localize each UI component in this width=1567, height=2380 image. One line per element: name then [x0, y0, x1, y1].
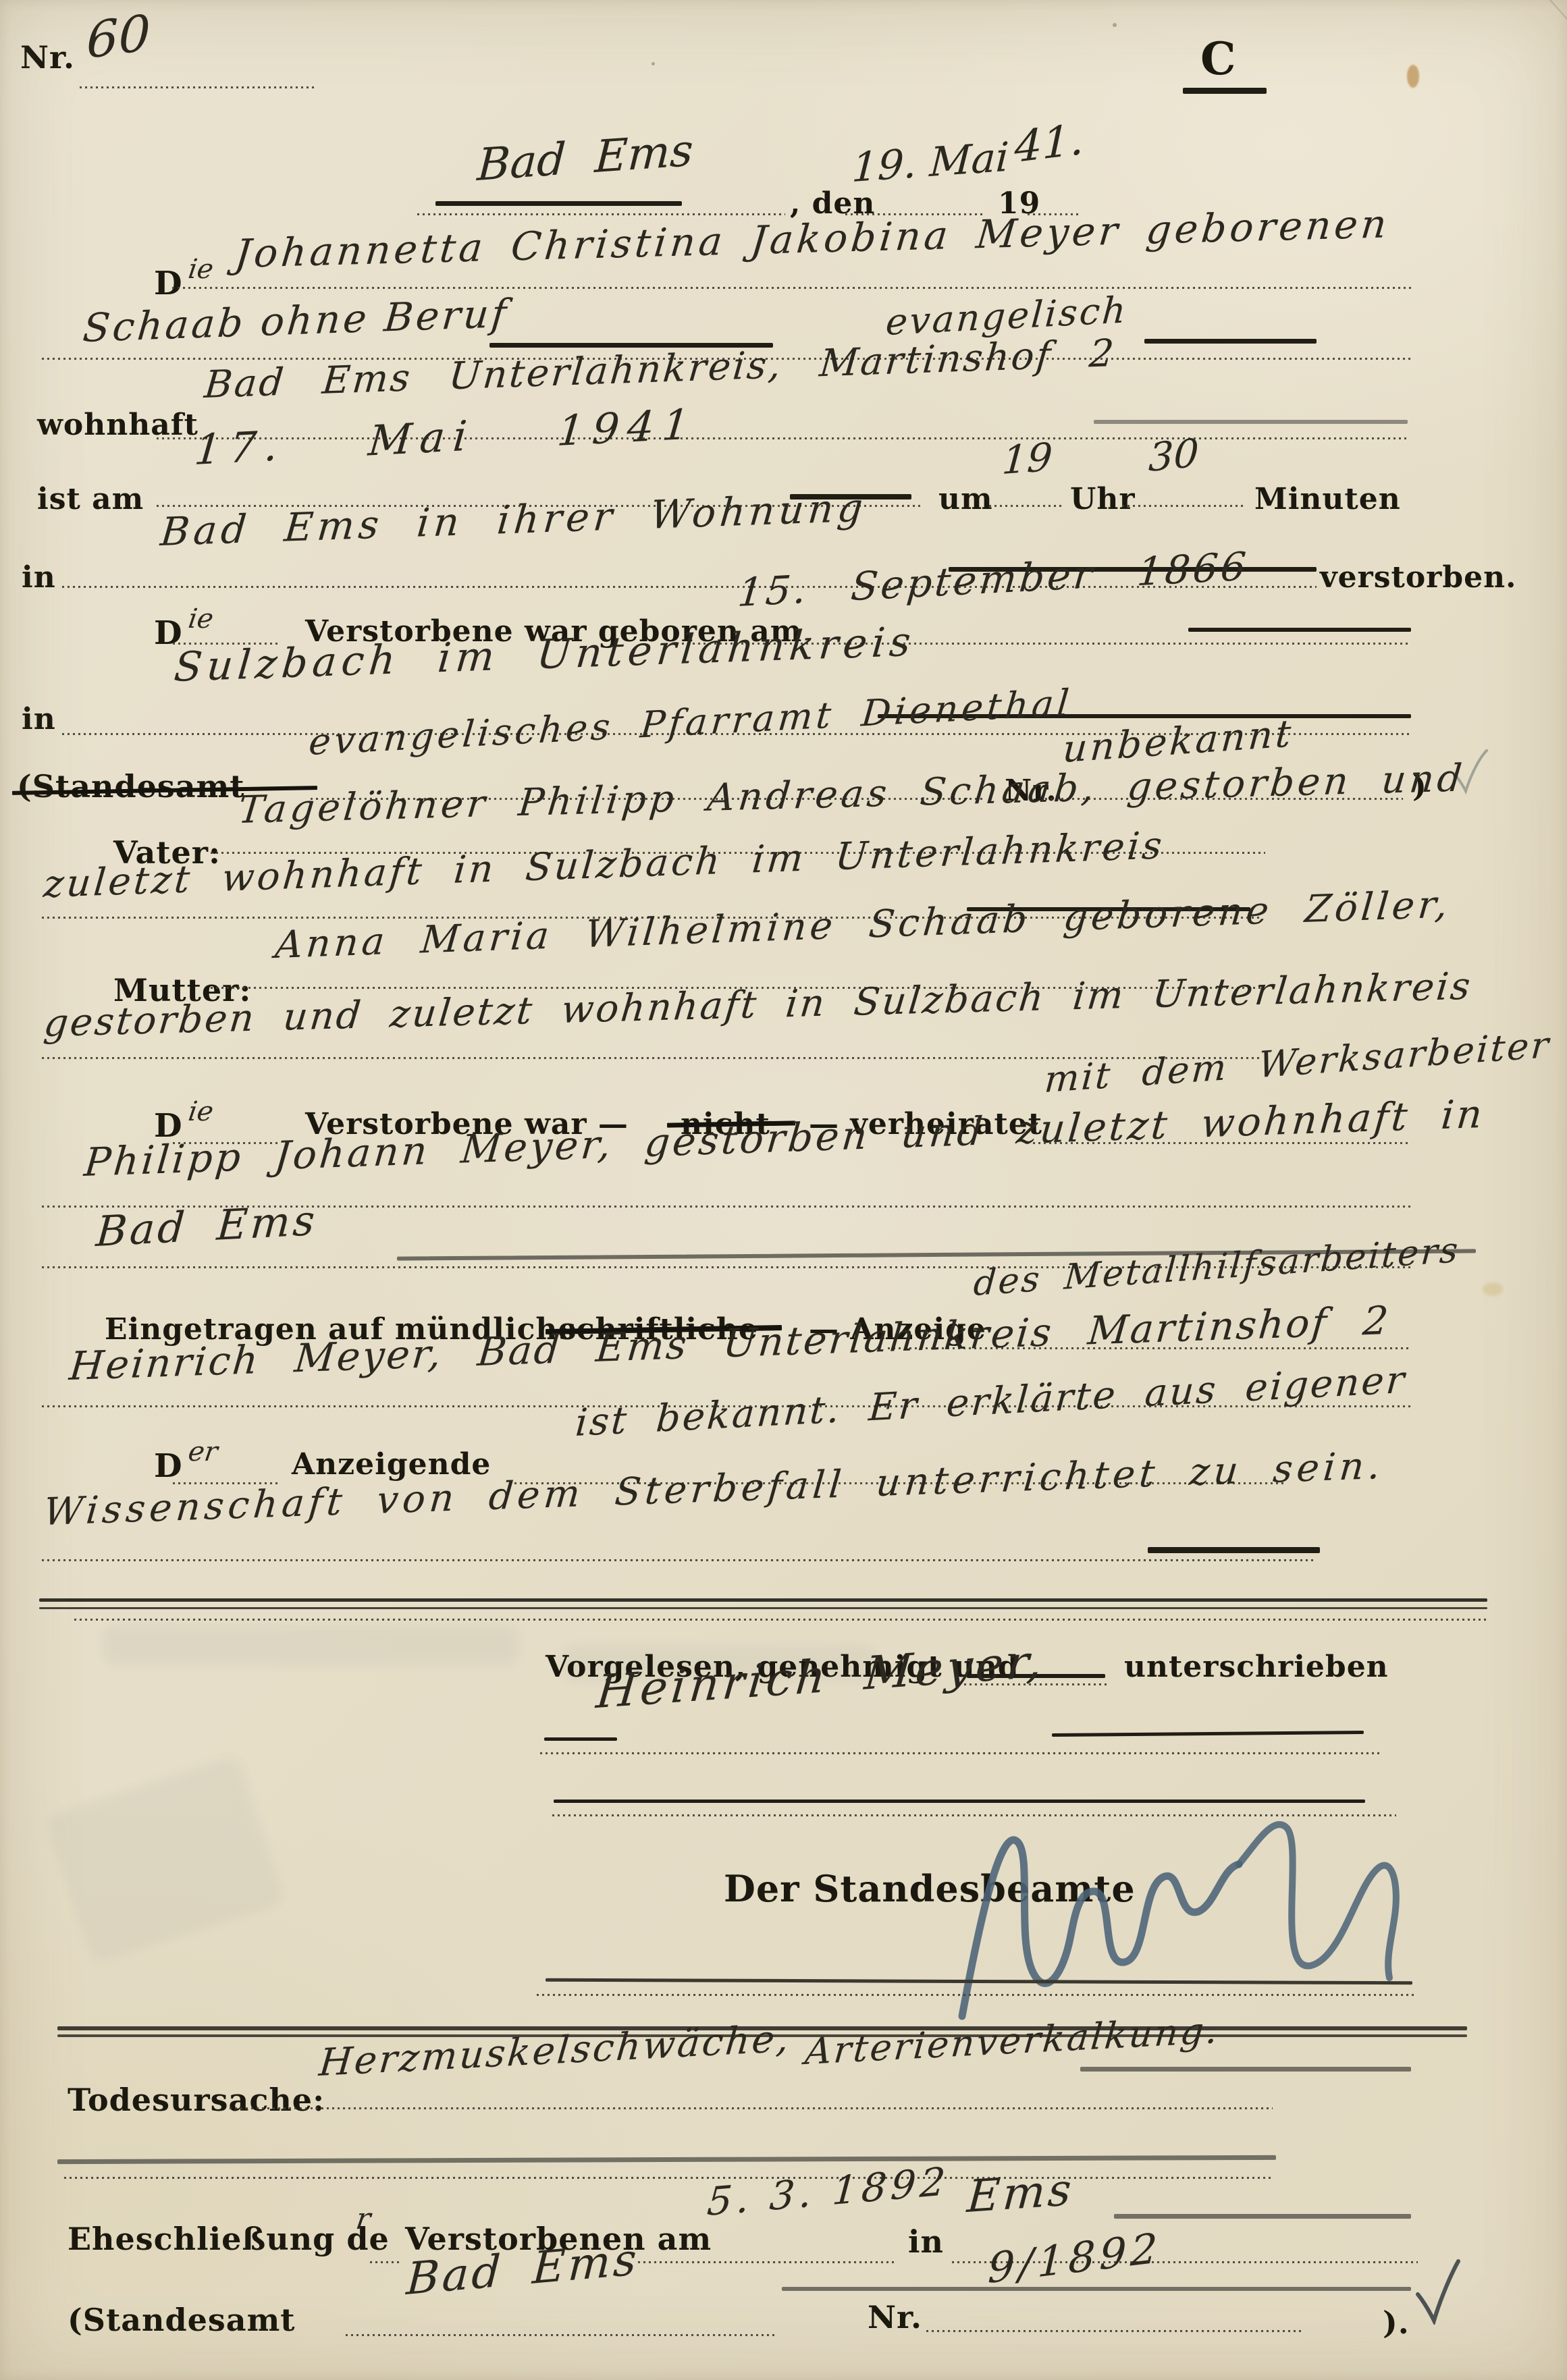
death-date: 17. Mai 1941 [192, 399, 699, 475]
uhr-label: Uhr [1070, 482, 1136, 516]
todesursache-label: Todesursache: [68, 2082, 325, 2118]
article-der-printed: D [154, 1447, 183, 1485]
dotted-line [370, 2261, 402, 2263]
informant-intro: des Metallhilfsarbeiters [972, 1230, 1461, 1304]
bleed-through [45, 1754, 286, 1964]
nr-label: Nr. [20, 39, 75, 76]
paper-stain [1407, 65, 1419, 88]
standesbeamte-signature [898, 1804, 1465, 2040]
informant-statement-2: Wissenschaft von dem Sterbefall unterric… [42, 1444, 1386, 1534]
dotted-line [64, 2177, 1273, 2179]
ink-filler-line [1188, 628, 1411, 632]
spouse-line1: Philipp Johann Meyer, gestorben und zule… [82, 1091, 1487, 1185]
dotted-line [926, 2330, 1304, 2332]
um-label: um [938, 482, 993, 516]
certificate-number: 60 [86, 4, 151, 70]
dotted-line [80, 86, 316, 88]
spouse-intro: mit dem Werksarbeiter [1043, 1023, 1552, 1101]
pencil-rule [57, 2155, 1276, 2164]
pencil-filler-line [1080, 2067, 1411, 2072]
in-label: in [22, 560, 56, 595]
paper-speck [652, 62, 655, 65]
spouse-line2: Bad Ems [95, 1195, 319, 1256]
marriage-date: 5. 3. 1892 [706, 2158, 951, 2225]
dotted-line [172, 287, 1414, 289]
ist-am-label: ist am [37, 482, 144, 516]
father-line1: Tagelöhner Philipp Andreas Schaab, gesto… [236, 757, 1467, 832]
in-label: in [22, 702, 56, 736]
verstorben-label: verstorben. [1320, 560, 1516, 595]
dotted-line [540, 1752, 1383, 1754]
ink-filler-line [1052, 1731, 1364, 1737]
dotted-line [638, 2261, 895, 2263]
paper-speck [1113, 23, 1117, 27]
eheschliessung-label: Eheschließung de [68, 2221, 390, 2257]
mother-line1: Anna Maria Wilhelmine Schaab geborene Zö… [273, 883, 1453, 967]
death-certificate-page: Nr. 60 C Bad Ems , den 19. Mai 19 41. D … [0, 0, 1567, 2380]
section-rule [39, 1607, 1487, 1609]
unterschrieben-label: unterschrieben [1124, 1650, 1389, 1684]
article-die-suffix: ie [186, 254, 215, 285]
ink-rule [554, 1800, 1365, 1803]
ink-check-mark [1412, 2257, 1461, 2325]
birth-date: 15. September 1866 [736, 543, 1250, 616]
marriage-registry-number: 9/1892 [987, 2223, 1163, 2293]
article-die-suffix: ie [186, 1096, 215, 1127]
article-die-suffix: ie [186, 603, 215, 634]
death-minute: 30 [1148, 430, 1200, 481]
issue-place: Bad Ems [476, 124, 695, 191]
informant-statement: ist bekannt. Er erklärte aus eigener [574, 1358, 1408, 1445]
ink-filler-line [1144, 339, 1317, 344]
mother-line2: gestorben und zuletzt wohnhaft in Sulzba… [42, 965, 1474, 1046]
ink-filler-line [1148, 1547, 1320, 1553]
dotted-line [230, 2107, 1273, 2109]
corner-mark-bar [1183, 88, 1267, 94]
dotted-line [42, 1559, 1317, 1561]
pencil-filler-line [1094, 420, 1408, 424]
dotted-line [74, 1619, 1487, 1621]
ink-filler-line [544, 1737, 617, 1741]
issue-year: 41. [1014, 115, 1084, 173]
dotted-line [989, 505, 1062, 507]
nr-label: Nr. [868, 2299, 922, 2335]
standesamt-label: (Standesamt [68, 2302, 296, 2338]
marriage-place: Ems [965, 2163, 1075, 2223]
paren-close: ). [1383, 2304, 1410, 2341]
birth-registry: evangelisches Pfarramt Dienethal [307, 681, 1074, 763]
minuten-label: Minuten [1254, 482, 1401, 516]
paper-stain [1483, 1282, 1503, 1296]
ink-filler-line [435, 201, 682, 206]
pencil-filler-line [782, 2287, 1411, 2291]
dotted-line [1122, 505, 1245, 507]
dotted-line [537, 1994, 1414, 1996]
corner-crease [1541, 0, 1567, 36]
dotted-line [417, 213, 785, 215]
dotted-line [346, 2334, 778, 2336]
form-corner-mark: C [1200, 32, 1237, 85]
article-der-suffix: er [186, 1436, 219, 1467]
bleed-through [101, 1624, 520, 1666]
article-die-printed: D [154, 265, 183, 302]
death-hour: 19 [1001, 434, 1054, 483]
pencil-filler-line [1114, 2214, 1411, 2219]
in-label: in [908, 2223, 944, 2260]
death-place: Bad Ems in ihrer Wohnung [159, 485, 869, 555]
deceased-maiden-name: Schaab ohne Beruf [81, 290, 510, 351]
standesamt-label: (Standesamt [17, 768, 245, 805]
issue-date: 19. Mai [851, 134, 1010, 192]
section-rule [39, 1598, 1487, 1602]
